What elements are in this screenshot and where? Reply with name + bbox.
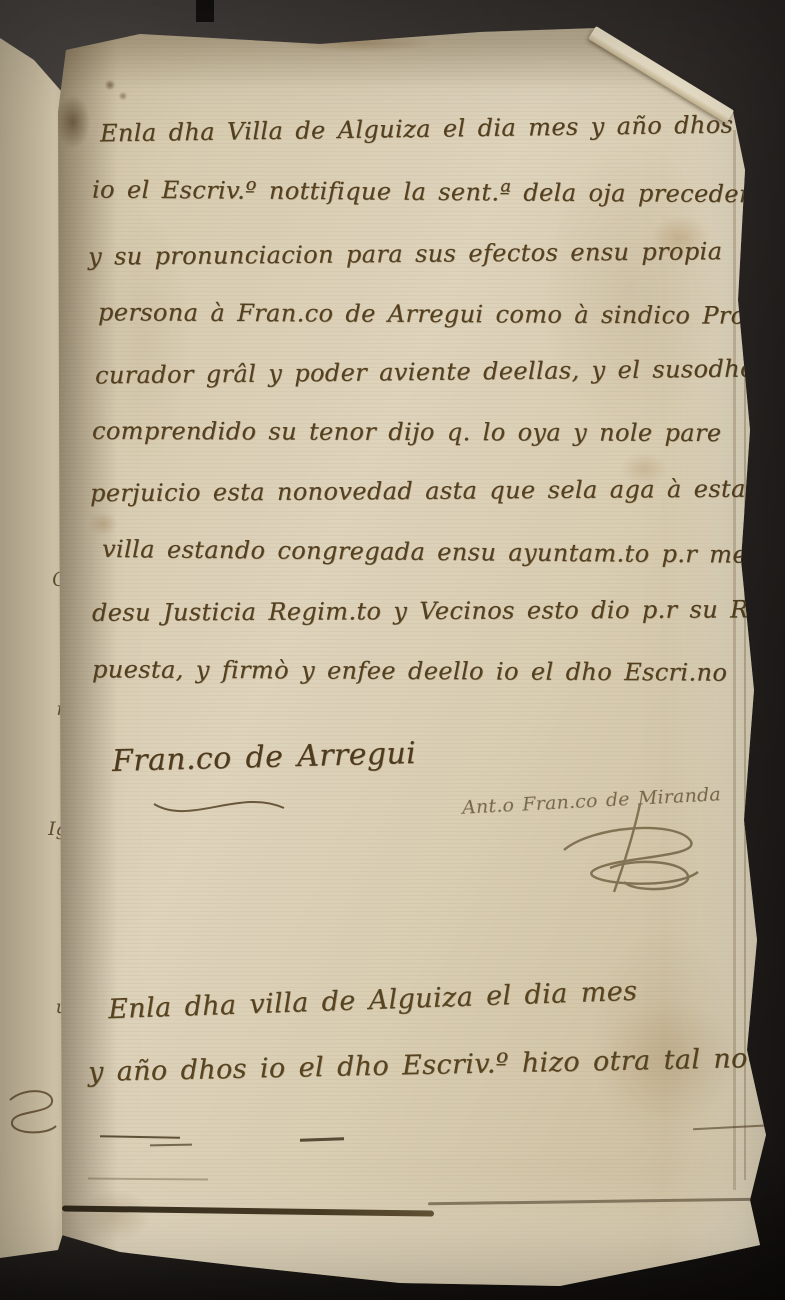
- page-edge-crease: [733, 130, 736, 1190]
- ink-bleedthrough: [590, 930, 740, 1150]
- manuscript-photo: ſ ) t r s z y C J ta nò te Ign m la ud: [0, 0, 785, 1300]
- manuscript-line: io el Escriv.º nottifique la sent.ª dela…: [92, 176, 785, 209]
- paper-stain: [118, 92, 128, 100]
- paper-stain: [56, 96, 90, 148]
- page-crease: [88, 1177, 208, 1180]
- manuscript-line: persona à Fran.co de Arregui como à sind…: [98, 298, 754, 329]
- page-crease: [100, 1135, 180, 1138]
- manuscript-line: perjuicio esta nonovedad asta que sela a…: [90, 475, 746, 508]
- manuscript-line: puesta, y firmò y enfee deello io el dho…: [92, 655, 727, 686]
- page-crease: [150, 1144, 192, 1147]
- signature-flourish-icon: [150, 786, 290, 826]
- sheet-edge-line: [62, 1205, 434, 1216]
- manuscript-line: Enla dha Villa de Alguiza el dia mes y a…: [100, 111, 734, 148]
- manuscript-line: Enla dha villa de Alguiza el dia mes: [108, 976, 638, 1025]
- manuscript-line: comprendido su tenor dijo q. lo oya y no…: [92, 417, 722, 447]
- rubric-flourish-icon: [552, 798, 712, 898]
- rubric-flourish-icon: [6, 1082, 60, 1138]
- paper-stain: [88, 512, 118, 536]
- manuscript-line: y año dhos io el dho Escriv.º hizo otra …: [88, 1043, 758, 1088]
- manuscript-line: villa estando congregada ensu ayuntam.to…: [102, 535, 785, 569]
- page-crease: [300, 1137, 344, 1142]
- manuscript-line: y su pronunciacion para sus efectos ensu…: [88, 237, 723, 271]
- sheet-edge-line: [428, 1198, 760, 1206]
- signature-arregui: Fran.co de Arregui: [112, 736, 417, 779]
- paper-stain: [104, 80, 116, 90]
- manuscript-line: desu Justicia Regim.to y Vecinos esto di…: [92, 595, 785, 627]
- spine-bar: [196, 0, 214, 22]
- manuscript-line: curador grâl y poder aviente deellas, y …: [95, 355, 755, 390]
- manuscript-page: Enla dha Villa de Alguiza el dia mes y a…: [0, 0, 785, 1300]
- paper-stain: [80, 1190, 150, 1242]
